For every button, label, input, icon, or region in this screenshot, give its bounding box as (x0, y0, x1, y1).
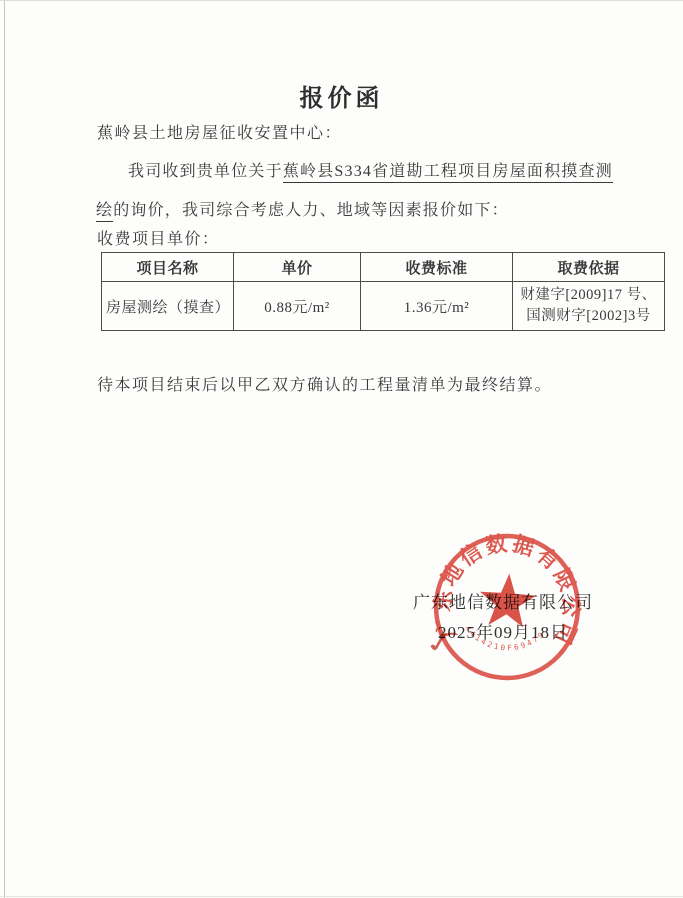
salutation-line: 蕉岭县土地房屋征收安置中心： (97, 120, 342, 143)
scan-edge-left (4, 0, 5, 898)
header-fee-basis: 取费依据 (513, 253, 665, 282)
seal-serial-number: 4414210F69479 (462, 624, 548, 656)
scan-edge-top (0, 0, 683, 1)
paragraph-prefix: 我司收到贵单位关于 (128, 163, 283, 180)
scanned-quotation-letter: 报价函 蕉岭县土地房屋征收安置中心： 我司收到贵单位关于蕉岭县S334省道勘工程… (0, 0, 683, 898)
body-paragraph-line-2: 绘的询价，我司综合考虑人力、地域等因素报价如下： (96, 197, 509, 220)
project-name-underlined-part1: 蕉岭县S334省道勘工程项目房屋面积摸查测 (283, 163, 613, 183)
cell-unit-price: 0.88元/m² (234, 282, 361, 331)
cell-fee-standard: 1.36元/m² (361, 282, 513, 331)
cell-item-name: 房屋测绘（摸查） (102, 282, 234, 331)
table-row: 房屋测绘（摸查） 0.88元/m² 1.36元/m² 财建字[2009]17 号… (102, 282, 665, 331)
fee-table-header-row: 项目名称 单价 收费标准 取费依据 (102, 253, 665, 282)
scan-edge-bottom (0, 896, 683, 897)
company-seal-stamp: 广东地信数据有限公司 4414210F69479 (426, 526, 588, 688)
body-paragraph-line-1: 我司收到贵单位关于蕉岭县S334省道勘工程项目房屋面积摸查测 (96, 158, 613, 181)
settlement-note: 待本项目结束后以甲乙双方确认的工程量清单为最终结算。 (97, 372, 552, 395)
cell-fee-basis: 财建字[2009]17 号、 国测财字[2002]3号 (513, 282, 665, 331)
header-unit-price: 单价 (234, 253, 361, 282)
seal-star-icon (478, 572, 538, 628)
paragraph-rest: 的询价，我司综合考虑人力、地域等因素报价如下： (113, 202, 509, 219)
fee-table: 项目名称 单价 收费标准 取费依据 房屋测绘（摸查） 0.88元/m² 1.36… (101, 252, 665, 331)
project-name-underlined-part2: 绘 (96, 202, 113, 222)
header-fee-standard: 收费标准 (361, 253, 513, 282)
header-item-name: 项目名称 (102, 253, 234, 282)
document-title: 报价函 (0, 78, 683, 113)
fee-table-intro: 收费项目单价： (97, 226, 220, 249)
svg-text:4414210F69479: 4414210F69479 (462, 624, 548, 656)
